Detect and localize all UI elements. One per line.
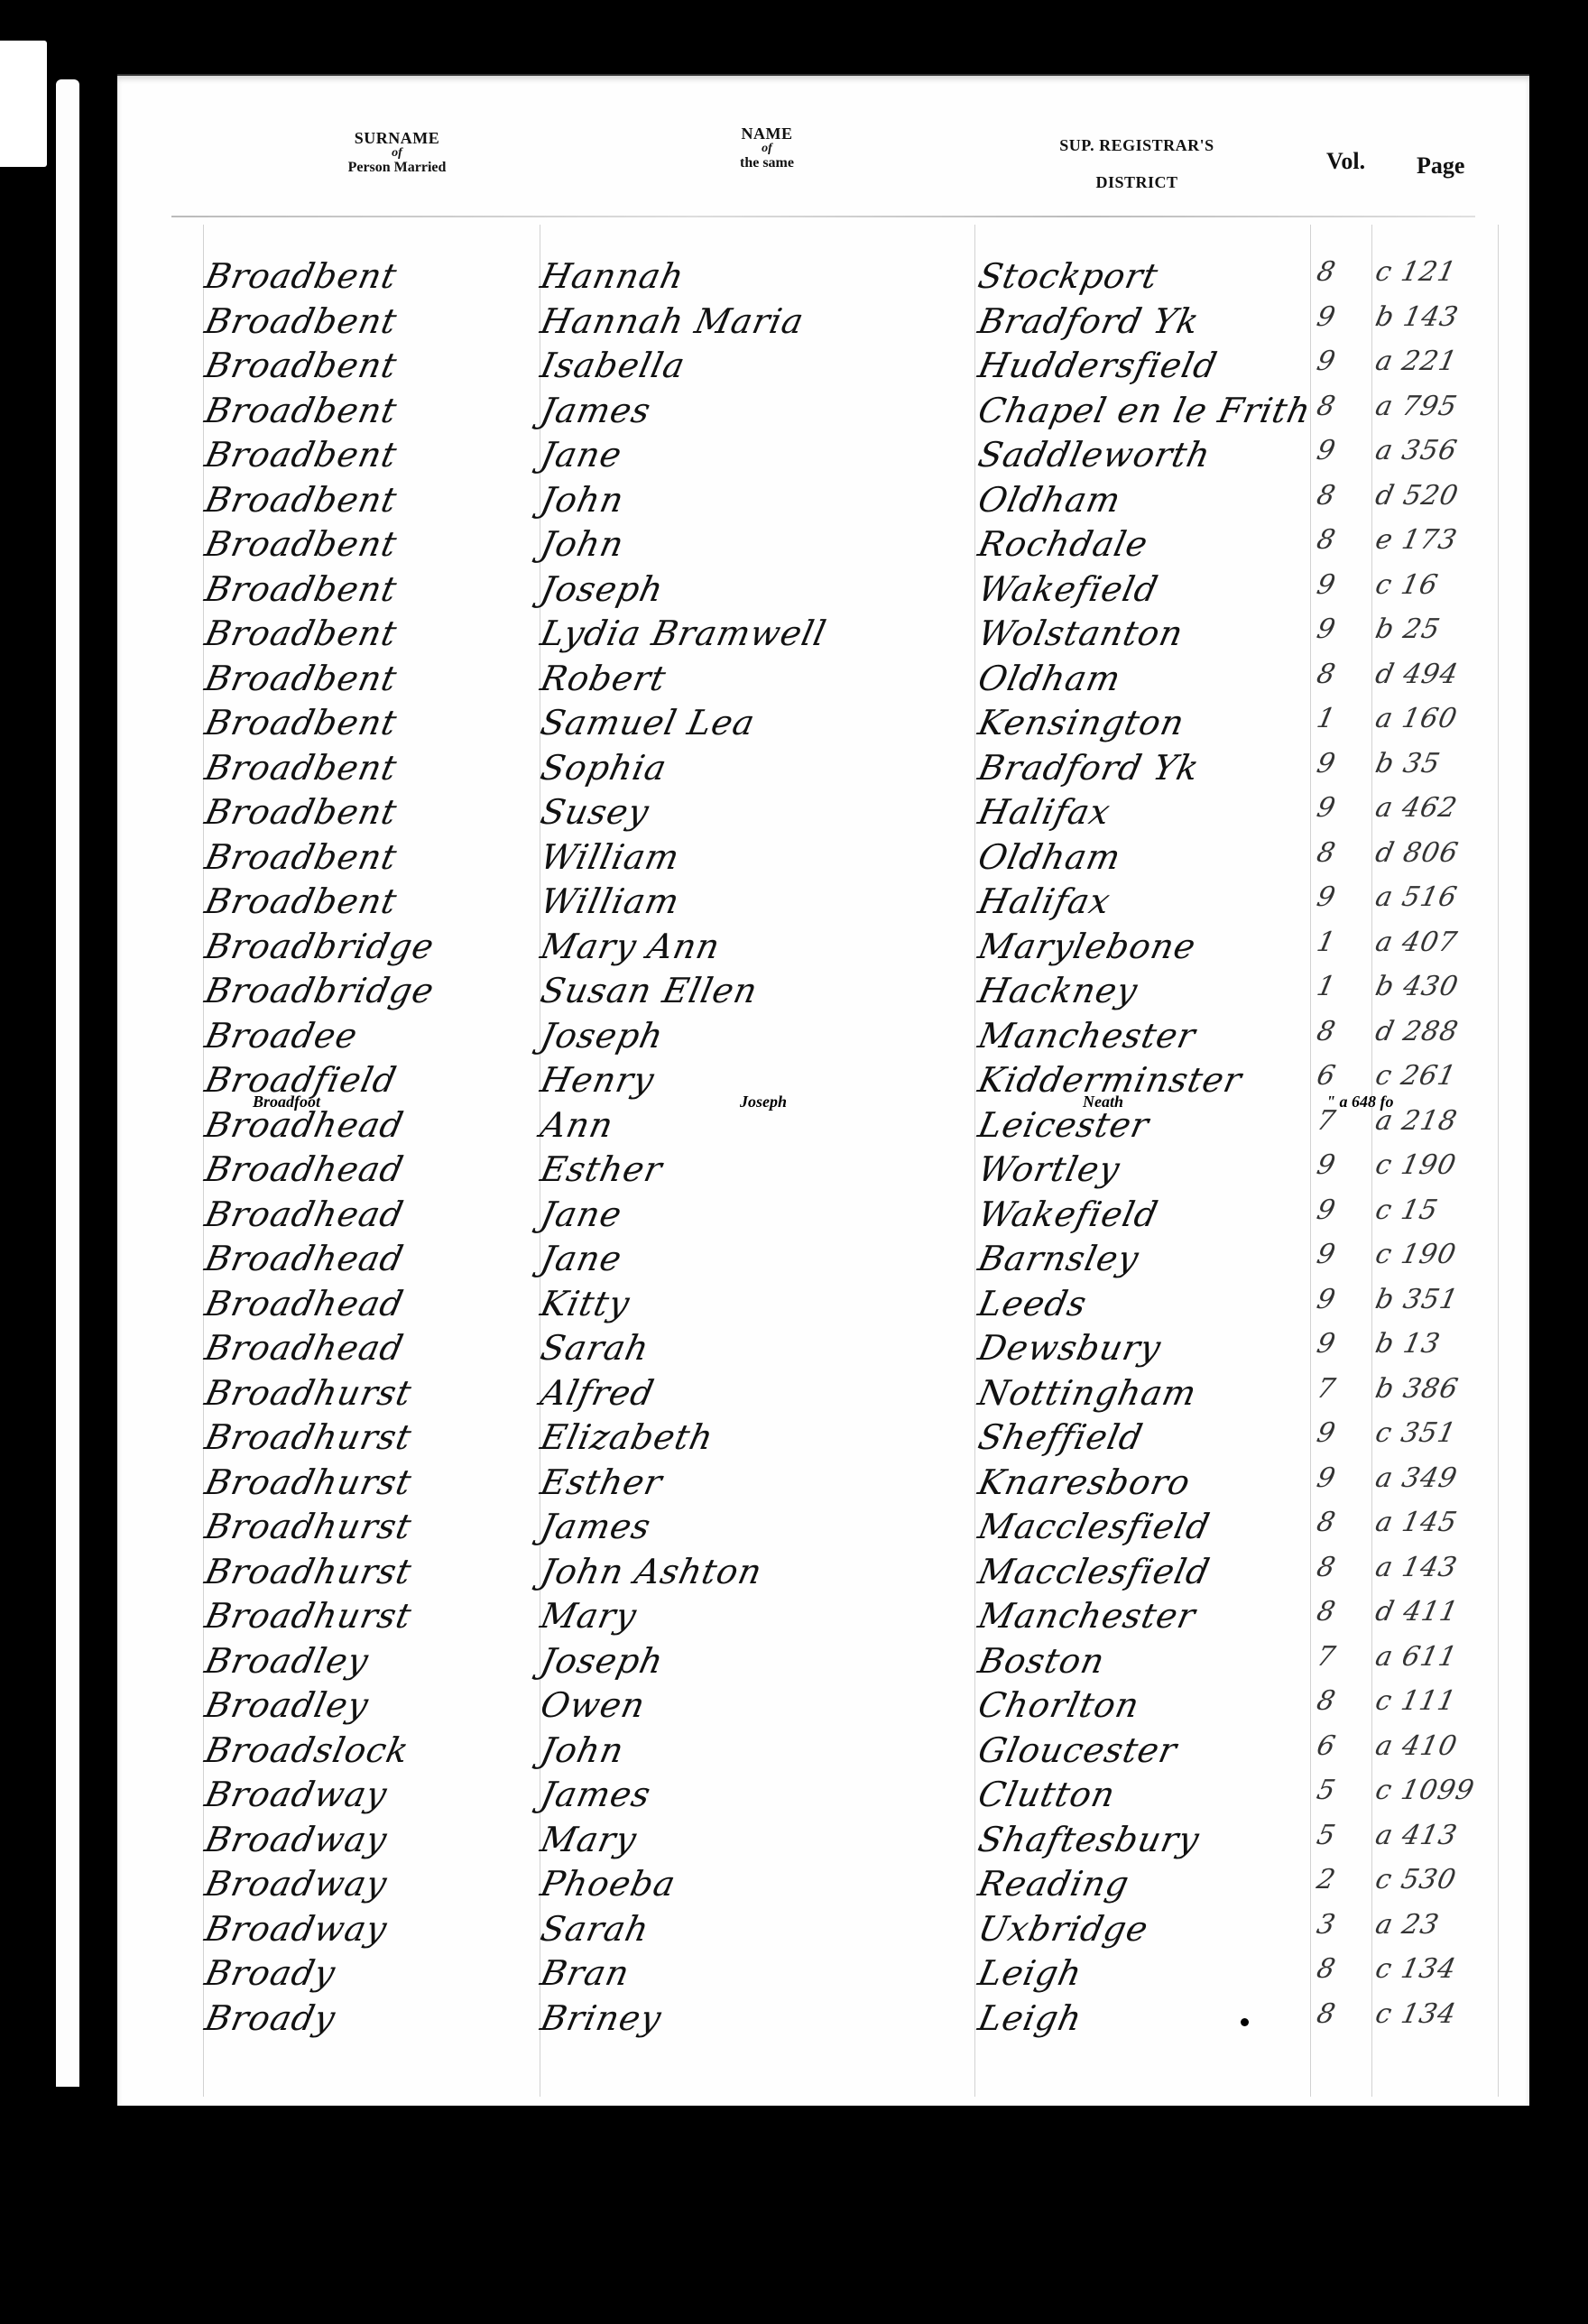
- district-cell: Shaftesbury: [974, 1820, 1307, 1859]
- surname-cell: Broadbent: [201, 301, 543, 341]
- district-cell: Huddersfield: [974, 346, 1307, 385]
- table-row: Broadbent Sophia Bradford Yk 9 b 35: [117, 748, 1529, 793]
- table-row: Broadley Owen Chorlton 8 c 111: [117, 1685, 1529, 1730]
- district-cell: Leicester: [974, 1105, 1307, 1145]
- name-cell: Mary Ann: [537, 927, 978, 966]
- annotation-name: Joseph: [740, 1093, 787, 1111]
- surname-cell: Broadbent: [201, 346, 543, 385]
- surname-cell: Broadbent: [201, 569, 543, 609]
- page-cell: a 516: [1372, 881, 1496, 913]
- header-page: Page: [1417, 152, 1464, 180]
- table-row: Broadbridge Mary Ann Marylebone 1 a 407: [117, 927, 1529, 972]
- name-cell: Esther: [537, 1462, 978, 1502]
- scan-edge-tab: [0, 41, 47, 167]
- name-cell: Joseph: [537, 1641, 978, 1681]
- district-cell: Manchester: [974, 1596, 1307, 1636]
- page-cell: c 15: [1372, 1194, 1496, 1226]
- surname-cell: Broadhurst: [201, 1417, 543, 1457]
- page-cell: b 143: [1372, 301, 1496, 333]
- table-row: Broadbent William Halifax 9 a 516: [117, 881, 1529, 927]
- name-cell: William: [537, 837, 978, 877]
- district-cell: Chorlton: [974, 1685, 1307, 1725]
- register-page: SURNAME of Person Married NAME of the sa…: [117, 74, 1529, 2106]
- surname-cell: Broady: [201, 1998, 543, 2038]
- table-row: Broadhurst John Ashton Macclesfield 8 a …: [117, 1552, 1529, 1597]
- table-row: Broadbent Hannah Stockport 8 c 121: [117, 256, 1529, 301]
- surname-cell: Broadbent: [201, 792, 543, 832]
- vol-cell: 7: [1314, 1641, 1374, 1673]
- name-cell: Briney: [537, 1998, 978, 2038]
- table-row: Broadbent Samuel Lea Kensington 1 a 160: [117, 703, 1529, 748]
- district-cell: Manchester: [974, 1016, 1307, 1056]
- page-cell: a 413: [1372, 1820, 1496, 1851]
- vol-cell: 8: [1314, 837, 1374, 869]
- name-cell: James: [537, 1775, 978, 1814]
- page-cell: c 134: [1372, 1953, 1496, 1985]
- vol-cell: 8: [1314, 659, 1374, 690]
- district-cell: Macclesfield: [974, 1552, 1307, 1591]
- header-vol: Vol.: [1326, 148, 1365, 175]
- vol-cell: 9: [1314, 1328, 1374, 1360]
- district-cell: Gloucester: [974, 1730, 1307, 1770]
- surname-cell: Broadhead: [201, 1239, 543, 1278]
- header-district-line2: DISTRICT: [1020, 174, 1254, 191]
- district-cell: Kensington: [974, 703, 1307, 742]
- vol-cell: 9: [1314, 613, 1374, 645]
- district-cell: Oldham: [974, 659, 1307, 698]
- district-cell: Wolstanton: [974, 613, 1307, 653]
- header-district: SUP. REGISTRAR'S DISTRICT: [1020, 137, 1254, 191]
- table-row: Broadley Joseph Boston 7 a 611: [117, 1641, 1529, 1686]
- name-cell: Samuel Lea: [537, 703, 978, 742]
- district-cell: Leigh: [974, 1953, 1307, 1993]
- surname-cell: Broadbent: [201, 881, 543, 921]
- surname-cell: Broadhead: [201, 1328, 543, 1368]
- name-cell: Sarah: [537, 1328, 978, 1368]
- name-cell: Robert: [537, 659, 978, 698]
- vol-cell: 9: [1314, 1149, 1374, 1181]
- surname-cell: Broadbent: [201, 391, 543, 430]
- name-cell: Susey: [537, 792, 978, 832]
- name-cell: James: [537, 1507, 978, 1546]
- page-cell: c 190: [1372, 1149, 1496, 1181]
- header-divider: [171, 216, 1475, 217]
- name-cell: Bran: [537, 1953, 978, 1993]
- name-cell: James: [537, 391, 978, 430]
- district-cell: Rochdale: [974, 524, 1307, 564]
- surname-cell: Broadbent: [201, 435, 543, 475]
- page-cell: b 430: [1372, 971, 1496, 1002]
- vol-cell: 5: [1314, 1820, 1374, 1851]
- surname-cell: Broadhead: [201, 1284, 543, 1323]
- vol-cell: 2: [1314, 1864, 1374, 1895]
- district-cell: Kidderminster: [974, 1060, 1307, 1100]
- table-row: Broadbent Jane Saddleworth 9 a 356: [117, 435, 1529, 480]
- district-cell: Macclesfield: [974, 1507, 1307, 1546]
- table-row: Broadhurst James Macclesfield 8 a 145: [117, 1507, 1529, 1552]
- name-cell: John: [537, 1730, 978, 1770]
- surname-cell: Broadbent: [201, 524, 543, 564]
- vol-cell: 3: [1314, 1909, 1374, 1941]
- district-cell: Marylebone: [974, 927, 1307, 966]
- district-cell: Oldham: [974, 837, 1307, 877]
- page-cell: a 462: [1372, 792, 1496, 824]
- page-cell: c 111: [1372, 1685, 1496, 1717]
- district-cell: Stockport: [974, 256, 1307, 296]
- page-cell: c 190: [1372, 1239, 1496, 1270]
- annotation-surname: Broadfoot: [253, 1093, 320, 1111]
- district-cell: Sheffield: [974, 1417, 1307, 1457]
- name-cell: Jane: [537, 1194, 978, 1234]
- vol-cell: 6: [1314, 1060, 1374, 1092]
- table-row: Broadbent Joseph Wakefield 9 c 16: [117, 569, 1529, 614]
- surname-cell: Broadhurst: [201, 1507, 543, 1546]
- surname-cell: Broadbent: [201, 703, 543, 742]
- header-name-line1: NAME: [695, 125, 839, 143]
- table-row: Broadhead Jane Barnsley 9 c 190: [117, 1239, 1529, 1284]
- name-cell: Esther: [537, 1149, 978, 1189]
- surname-cell: Broady: [201, 1953, 543, 1993]
- page-cell: d 288: [1372, 1016, 1496, 1047]
- district-cell: Bradford Yk: [974, 301, 1307, 341]
- district-cell: Clutton: [974, 1775, 1307, 1814]
- vol-cell: 9: [1314, 881, 1374, 913]
- annotation-volpage: " a 648 fo: [1326, 1093, 1394, 1111]
- table-row: Broadbent Isabella Huddersfield 9 a 221: [117, 346, 1529, 391]
- page-cell: a 611: [1372, 1641, 1496, 1673]
- surname-cell: Broadbent: [201, 480, 543, 520]
- table-row: Broadhead Kitty Leeds 9 b 351: [117, 1284, 1529, 1329]
- district-cell: Wortley: [974, 1149, 1307, 1189]
- table-row: Broadhead Ann Leicester 7 a 218 Broadfoo…: [117, 1105, 1529, 1150]
- page-cell: c 16: [1372, 569, 1496, 601]
- page-cell: a 349: [1372, 1462, 1496, 1494]
- vol-cell: 1: [1314, 703, 1374, 734]
- table-row: Broadbent Lydia Bramwell Wolstanton 9 b …: [117, 613, 1529, 659]
- vol-cell: 8: [1314, 1596, 1374, 1628]
- name-cell: Hannah Maria: [537, 301, 978, 341]
- vol-cell: 8: [1314, 1507, 1374, 1538]
- vol-cell: 9: [1314, 1462, 1374, 1494]
- ink-dot: [1241, 2018, 1249, 2026]
- table-row: Broadhurst Alfred Nottingham 7 b 386: [117, 1373, 1529, 1418]
- district-cell: Wakefield: [974, 569, 1307, 609]
- name-cell: William: [537, 881, 978, 921]
- name-cell: Hannah: [537, 256, 978, 296]
- surname-cell: Broadhurst: [201, 1373, 543, 1413]
- page-cell: c 1099: [1372, 1775, 1496, 1806]
- table-row: Broadway James Clutton 5 c 1099: [117, 1775, 1529, 1820]
- vol-cell: 8: [1314, 256, 1374, 288]
- page-cell: a 795: [1372, 391, 1496, 422]
- vol-cell: 9: [1314, 1284, 1374, 1315]
- vol-cell: 8: [1314, 524, 1374, 556]
- vol-cell: 9: [1314, 748, 1374, 779]
- vol-cell: 9: [1314, 346, 1374, 377]
- table-row: Broadbent Robert Oldham 8 d 494: [117, 659, 1529, 704]
- district-cell: Halifax: [974, 881, 1307, 921]
- page-cell: b 25: [1372, 613, 1496, 645]
- name-cell: Kitty: [537, 1284, 978, 1323]
- surname-cell: Broadway: [201, 1864, 543, 1904]
- table-row: Broadbent James Chapel en le Frith 8 a 7…: [117, 391, 1529, 436]
- table-row: Broadway Mary Shaftesbury 5 a 413: [117, 1820, 1529, 1865]
- table-row: Broadslock John Gloucester 6 a 410: [117, 1730, 1529, 1775]
- vol-cell: 6: [1314, 1730, 1374, 1762]
- name-cell: Sophia: [537, 748, 978, 788]
- table-row: Broady Briney Leigh 8 c 134: [117, 1998, 1529, 2043]
- vol-cell: 8: [1314, 1953, 1374, 1985]
- vol-cell: 8: [1314, 480, 1374, 512]
- header-surname-line2: of: [298, 147, 496, 161]
- name-cell: Owen: [537, 1685, 978, 1725]
- name-cell: Isabella: [537, 346, 978, 385]
- surname-cell: Broadhead: [201, 1149, 543, 1189]
- table-row: Broadbent Hannah Maria Bradford Yk 9 b 1…: [117, 301, 1529, 346]
- vol-cell: 8: [1314, 1016, 1374, 1047]
- vol-cell: 5: [1314, 1775, 1374, 1806]
- surname-cell: Broadbent: [201, 256, 543, 296]
- table-row: Broadbent John Oldham 8 d 520: [117, 480, 1529, 525]
- name-cell: Susan Ellen: [537, 971, 978, 1010]
- district-cell: Boston: [974, 1641, 1307, 1681]
- name-cell: Sarah: [537, 1909, 978, 1949]
- table-row: Broadbent John Rochdale 8 e 173: [117, 524, 1529, 569]
- surname-cell: Broadway: [201, 1909, 543, 1949]
- page-cell: c 530: [1372, 1864, 1496, 1895]
- district-cell: Hackney: [974, 971, 1307, 1010]
- table-row: Broadee Joseph Manchester 8 d 288: [117, 1016, 1529, 1061]
- page-cell: a 221: [1372, 346, 1496, 377]
- district-cell: Chapel en le Frith: [974, 391, 1307, 430]
- surname-cell: Broadbridge: [201, 927, 543, 966]
- district-cell: Saddleworth: [974, 435, 1307, 475]
- surname-cell: Broadley: [201, 1641, 543, 1681]
- surname-cell: Broadbent: [201, 748, 543, 788]
- page-cell: e 173: [1372, 524, 1496, 556]
- page-cell: a 145: [1372, 1507, 1496, 1538]
- vol-cell: 9: [1314, 1417, 1374, 1449]
- margin-dash-mark: [9, 1121, 54, 1125]
- district-cell: Nottingham: [974, 1373, 1307, 1413]
- surname-cell: Broadbridge: [201, 971, 543, 1010]
- name-cell: Jane: [537, 435, 978, 475]
- page-cell: c 121: [1372, 256, 1496, 288]
- name-cell: Mary: [537, 1820, 978, 1859]
- district-cell: Knaresboro: [974, 1462, 1307, 1502]
- vol-cell: 7: [1314, 1373, 1374, 1405]
- vol-cell: 9: [1314, 792, 1374, 824]
- page-cell: a 407: [1372, 927, 1496, 958]
- header-surname: SURNAME of Person Married: [298, 130, 496, 175]
- name-cell: Joseph: [537, 1016, 978, 1056]
- vol-cell: 8: [1314, 1998, 1374, 2030]
- table-row: Broadbridge Susan Ellen Hackney 1 b 430: [117, 971, 1529, 1016]
- vol-cell: 9: [1314, 435, 1374, 466]
- table-row: Broady Bran Leigh 8 c 134: [117, 1953, 1529, 1998]
- vol-cell: 1: [1314, 971, 1374, 1002]
- name-cell: Jane: [537, 1239, 978, 1278]
- page-cell: a 143: [1372, 1552, 1496, 1583]
- table-row: Broadhurst Elizabeth Sheffield 9 c 351: [117, 1417, 1529, 1462]
- vol-cell: 8: [1314, 391, 1374, 422]
- page-cell: b 35: [1372, 748, 1496, 779]
- name-cell: Alfred: [537, 1373, 978, 1413]
- page-cell: c 134: [1372, 1998, 1496, 2030]
- page-cell: b 13: [1372, 1328, 1496, 1360]
- district-cell: Leeds: [974, 1284, 1307, 1323]
- surname-cell: Broadbent: [201, 837, 543, 877]
- surname-cell: Broadbent: [201, 613, 543, 653]
- page-cell: a 356: [1372, 435, 1496, 466]
- header-name-line2: of: [695, 143, 839, 156]
- surname-cell: Broadway: [201, 1775, 543, 1814]
- page-cell: b 386: [1372, 1373, 1496, 1405]
- district-cell: Bradford Yk: [974, 748, 1307, 788]
- district-cell: Wakefield: [974, 1194, 1307, 1234]
- surname-cell: Broadbent: [201, 659, 543, 698]
- district-cell: Oldham: [974, 480, 1307, 520]
- vol-cell: 9: [1314, 1239, 1374, 1270]
- header-surname-line3: Person Married: [298, 161, 496, 176]
- name-cell: John Ashton: [537, 1552, 978, 1591]
- vol-cell: 9: [1314, 301, 1374, 333]
- table-row: Broadfield Henry Kidderminster 6 c 261: [117, 1060, 1529, 1105]
- scan-binding-strip: [56, 79, 79, 2087]
- table-row: Broadhead Esther Wortley 9 c 190: [117, 1149, 1529, 1194]
- surname-cell: Broadslock: [201, 1730, 543, 1770]
- surname-cell: Broadway: [201, 1820, 543, 1859]
- header-district-line1: SUP. REGISTRAR'S: [1020, 137, 1254, 154]
- page-cell: a 160: [1372, 703, 1496, 734]
- district-cell: Uxbridge: [974, 1909, 1307, 1949]
- district-cell: Leigh: [974, 1998, 1307, 2038]
- page-cell: d 494: [1372, 659, 1496, 690]
- annotation-district: Neath: [1083, 1093, 1123, 1111]
- table-row: Broadbent Susey Halifax 9 a 462: [117, 792, 1529, 837]
- vol-cell: 8: [1314, 1552, 1374, 1583]
- name-cell: Mary: [537, 1596, 978, 1636]
- table-row: Broadhurst Esther Knaresboro 9 a 349: [117, 1462, 1529, 1508]
- header-name: NAME of the same: [695, 125, 839, 171]
- name-cell: John: [537, 480, 978, 520]
- table-row: Broadway Sarah Uxbridge 3 a 23: [117, 1909, 1529, 1954]
- page-cell: a 410: [1372, 1730, 1496, 1762]
- vol-cell: 9: [1314, 569, 1374, 601]
- surname-cell: Broadley: [201, 1685, 543, 1725]
- page-cell: d 806: [1372, 837, 1496, 869]
- name-cell: Joseph: [537, 569, 978, 609]
- vol-cell: 8: [1314, 1685, 1374, 1717]
- page-cell: c 261: [1372, 1060, 1496, 1092]
- table-row: Broadhead Sarah Dewsbury 9 b 13: [117, 1328, 1529, 1373]
- header-name-line3: the same: [695, 156, 839, 171]
- page-cell: d 411: [1372, 1596, 1496, 1628]
- surname-cell: Broadee: [201, 1016, 543, 1056]
- district-cell: Barnsley: [974, 1239, 1307, 1278]
- table-row: Broadhead Jane Wakefield 9 c 15: [117, 1194, 1529, 1240]
- table-row: Broadhurst Mary Manchester 8 d 411: [117, 1596, 1529, 1641]
- vol-cell: 9: [1314, 1194, 1374, 1226]
- surname-cell: Broadhurst: [201, 1462, 543, 1502]
- name-cell: John: [537, 524, 978, 564]
- district-cell: Halifax: [974, 792, 1307, 832]
- surname-cell: Broadhead: [201, 1194, 543, 1234]
- header-surname-line1: SURNAME: [298, 130, 496, 147]
- district-cell: Reading: [974, 1864, 1307, 1904]
- surname-cell: Broadhurst: [201, 1596, 543, 1636]
- name-cell: Lydia Bramwell: [537, 613, 978, 653]
- table-row: Broadbent William Oldham 8 d 806: [117, 837, 1529, 882]
- register-entries: Broadbent Hannah Stockport 8 c 121 Broad…: [117, 256, 1529, 2043]
- table-row: Broadway Phoeba Reading 2 c 530: [117, 1864, 1529, 1909]
- page-cell: a 23: [1372, 1909, 1496, 1941]
- surname-cell: Broadhurst: [201, 1552, 543, 1591]
- name-cell: Phoeba: [537, 1864, 978, 1904]
- page-cell: b 351: [1372, 1284, 1496, 1315]
- page-cell: d 520: [1372, 480, 1496, 512]
- district-cell: Dewsbury: [974, 1328, 1307, 1368]
- page-cell: c 351: [1372, 1417, 1496, 1449]
- vol-cell: 1: [1314, 927, 1374, 958]
- name-cell: Elizabeth: [537, 1417, 978, 1457]
